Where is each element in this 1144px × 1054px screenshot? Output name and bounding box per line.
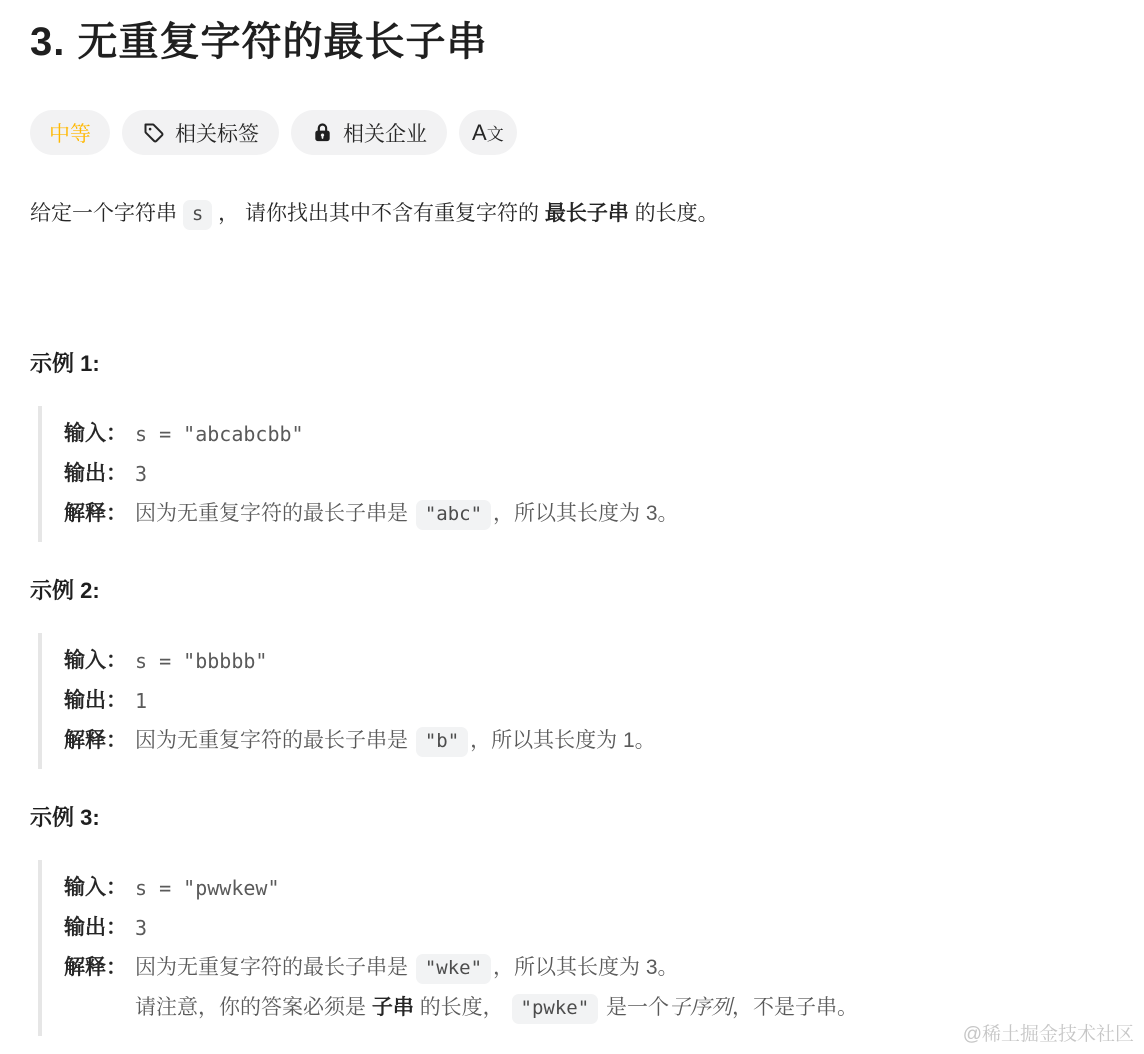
example-1-explanation: 因为无重复字符的最长子串是 "abc"，所以其长度为 3。	[135, 494, 679, 534]
note-bold-substring: 子串	[372, 996, 414, 1019]
tag-icon	[142, 121, 166, 145]
output-label: 输出：	[64, 454, 127, 494]
related-tags-label: 相关标签	[175, 118, 259, 148]
output-label: 输出：	[64, 681, 127, 721]
example-1-input-value: s = "abcabcbb"	[135, 414, 304, 454]
example-3-explain-line-1: 因为无重复字符的最长子串是 "wke"，所以其长度为 3。	[135, 948, 858, 988]
inline-code-pwke: "pwke"	[512, 994, 599, 1024]
translate-toggle-button[interactable]: A文	[459, 110, 517, 155]
example-3-block: 输入： s = "pwwkew" 输出： 3 解释： 因为无重复字符的最长子串是…	[38, 860, 1114, 1036]
input-label: 输入：	[64, 641, 127, 681]
related-companies-label: 相关企业	[343, 118, 427, 148]
example-3-output-value: 3	[135, 908, 147, 948]
related-tags-button[interactable]: 相关标签	[122, 110, 279, 155]
explain-label: 解释：	[64, 721, 127, 761]
difficulty-label: 中等	[49, 118, 91, 148]
inline-code-b: "b"	[416, 727, 468, 757]
input-label: 输入：	[64, 868, 127, 908]
description-text: 的长度。	[635, 202, 719, 225]
page-title: 3. 无重复字符的最长子串	[30, 20, 1114, 64]
output-label: 输出：	[64, 908, 127, 948]
example-1-input-line: 输入： s = "abcabcbb"	[64, 414, 1114, 454]
example-1-output-value: 3	[135, 454, 147, 494]
explain-label: 解释：	[64, 494, 127, 534]
example-2-explanation: 因为无重复字符的最长子串是 "b"，所以其长度为 1。	[135, 721, 656, 761]
example-3-input-line: 输入： s = "pwwkew"	[64, 868, 1114, 908]
example-1-block: 输入： s = "abcabcbb" 输出： 3 解释： 因为无重复字符的最长子…	[38, 406, 1114, 542]
example-3-input-value: s = "pwwkew"	[135, 868, 280, 908]
description-text: 请你找出其中不含有重复字符的	[245, 202, 539, 225]
difficulty-badge[interactable]: 中等	[30, 110, 110, 155]
example-2-heading: 示例 2:	[30, 574, 1114, 605]
example-2-explain-line: 解释： 因为无重复字符的最长子串是 "b"，所以其长度为 1。	[64, 721, 1114, 761]
problem-description: 给定一个字符串 s ， 请你找出其中不含有重复字符的 最长子串 的长度。	[30, 197, 1114, 231]
example-2-output-line: 输出： 1	[64, 681, 1114, 721]
example-3-heading: 示例 3:	[30, 801, 1114, 832]
inline-code-wke: "wke"	[416, 954, 491, 984]
input-label: 输入：	[64, 414, 127, 454]
example-1-output-line: 输出： 3	[64, 454, 1114, 494]
problem-page: 3. 无重复字符的最长子串 中等 相关标签 相关企业 A文	[0, 0, 1144, 1036]
example-2-output-value: 1	[135, 681, 147, 721]
example-2-input-line: 输入： s = "bbbbb"	[64, 641, 1114, 681]
example-2-block: 输入： s = "bbbbb" 输出： 1 解释： 因为无重复字符的最长子串是 …	[38, 633, 1114, 769]
translate-icon: A文	[472, 120, 504, 146]
badge-row: 中等 相关标签 相关企业 A文	[30, 110, 1114, 155]
example-3-explanation: 因为无重复字符的最长子串是 "wke"，所以其长度为 3。 请注意，你的答案必须…	[135, 948, 858, 1028]
explain-label: 解释：	[64, 948, 127, 988]
inline-code-s: s	[183, 200, 212, 230]
related-companies-button[interactable]: 相关企业	[291, 110, 447, 155]
example-3-output-line: 输出： 3	[64, 908, 1114, 948]
description-text: ，	[218, 202, 239, 225]
example-1-heading: 示例 1:	[30, 347, 1114, 378]
description-bold: 最长子串	[545, 202, 629, 225]
example-1-explain-line: 解释： 因为无重复字符的最长子串是 "abc"，所以其长度为 3。	[64, 494, 1114, 534]
example-3-note-line: 请注意，你的答案必须是 子串 的长度， "pwke" 是一个子序列，不是子串。	[135, 988, 858, 1028]
watermark: @稀土掘金技术社区	[963, 1019, 1134, 1046]
example-2-input-value: s = "bbbbb"	[135, 641, 267, 681]
note-italic-subsequence: 子序列	[669, 996, 732, 1019]
lock-icon	[311, 121, 334, 144]
example-3-explain-line: 解释： 因为无重复字符的最长子串是 "wke"，所以其长度为 3。 请注意，你的…	[64, 948, 1114, 1028]
inline-code-abc: "abc"	[416, 500, 491, 530]
description-text: 给定一个字符串	[30, 202, 177, 225]
